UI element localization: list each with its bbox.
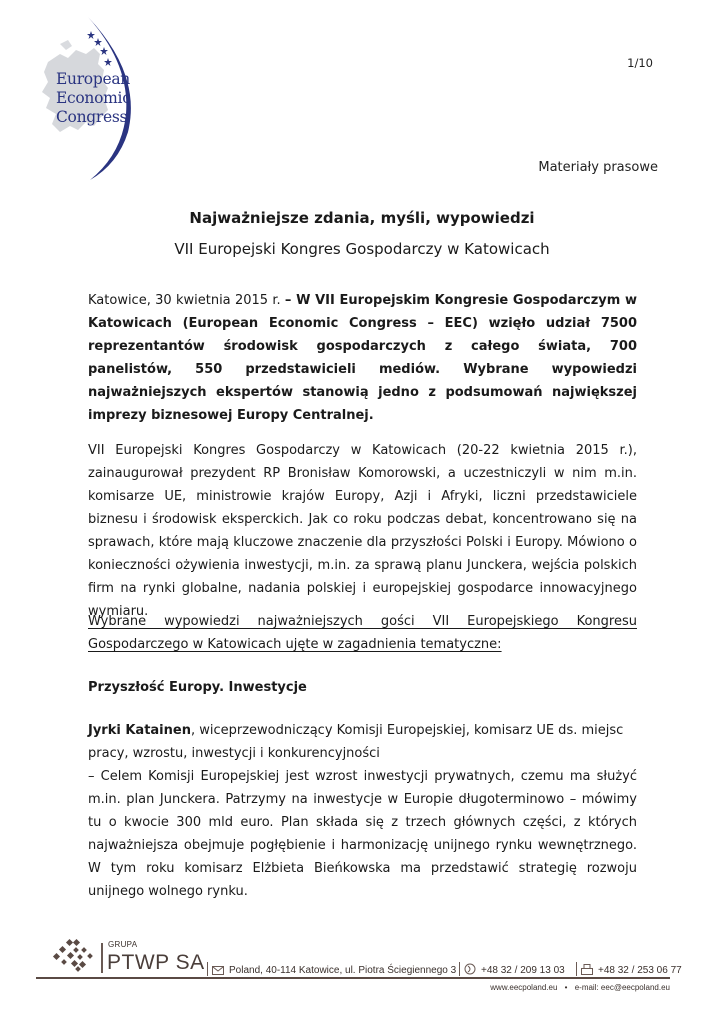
footer-divider bbox=[101, 943, 103, 973]
lead-paragraph: Katowice, 30 kwietnia 2015 r. – W VII Eu… bbox=[88, 289, 637, 427]
logo-wordmark: European Economic Congress bbox=[56, 70, 131, 127]
underlined-intro: Wybrane wypowiedzi najważniejszych gości… bbox=[88, 610, 637, 656]
document-subtitle: VII Europejski Kongres Gospodarczy w Kat… bbox=[0, 240, 724, 258]
eec-logo: European Economic Congress bbox=[38, 14, 138, 184]
website-link[interactable]: www.eecpoland.eu bbox=[490, 983, 557, 992]
bullet-separator: • bbox=[565, 983, 568, 992]
ptwp-diamond-pattern-icon bbox=[52, 938, 94, 974]
phone-block: +48 32 / 209 13 03 bbox=[459, 962, 565, 978]
underlined-intro-text: Wybrane wypowiedzi najważniejszych gości… bbox=[88, 610, 637, 656]
fax-text: +48 32 / 253 06 77 bbox=[598, 965, 682, 976]
footer-rule bbox=[36, 977, 670, 979]
phone-icon bbox=[464, 963, 476, 978]
logo-line-economic: Economic bbox=[56, 89, 131, 108]
group-label: GRUPA bbox=[108, 940, 137, 949]
quote-block: Jyrki Katainen, wiceprzewodniczący Komis… bbox=[88, 719, 637, 903]
section-label: Materiały prasowe bbox=[538, 160, 658, 175]
logo-line-european: European bbox=[56, 70, 131, 89]
separator bbox=[576, 962, 577, 976]
phone-text: +48 32 / 209 13 03 bbox=[481, 965, 565, 976]
separator bbox=[459, 962, 460, 976]
email-link[interactable]: e-mail: eec@eecpoland.eu bbox=[575, 983, 670, 992]
document-title: Najważniejsze zdania, myśli, wypowiedzi bbox=[0, 209, 724, 227]
quote-text: – Celem Komisji Europejskiej jest wzrost… bbox=[88, 765, 637, 903]
intro-text: VII Europejski Kongres Gospodarczy w Kat… bbox=[88, 439, 637, 623]
company-name: PTWP SA bbox=[107, 951, 205, 975]
intro-paragraph: VII Europejski Kongres Gospodarczy w Kat… bbox=[88, 439, 637, 623]
dateline: Katowice, 30 kwietnia 2015 r. bbox=[88, 293, 281, 308]
lead-bold-text: – W VII Europejskim Kongresie Gospodarcz… bbox=[88, 293, 637, 423]
section-heading: Przyszłość Europy. Inwestycje bbox=[88, 676, 637, 699]
address-text: Poland, 40-114 Katowice, ul. Piotra Ście… bbox=[229, 965, 456, 976]
logo-line-congress: Congress bbox=[56, 108, 131, 127]
fax-icon bbox=[581, 964, 593, 978]
speaker-name: Jyrki Katainen bbox=[88, 723, 191, 738]
separator bbox=[207, 962, 208, 976]
contact-line: www.eecpoland.eu • e-mail: eec@eecpoland… bbox=[490, 983, 670, 992]
fax-block: +48 32 / 253 06 77 bbox=[576, 962, 682, 978]
ptwp-logo bbox=[52, 938, 94, 978]
page-number: 1/10 bbox=[627, 56, 653, 70]
section-heading-text: Przyszłość Europy. Inwestycje bbox=[88, 680, 307, 695]
address-block: Poland, 40-114 Katowice, ul. Piotra Ście… bbox=[207, 962, 456, 978]
